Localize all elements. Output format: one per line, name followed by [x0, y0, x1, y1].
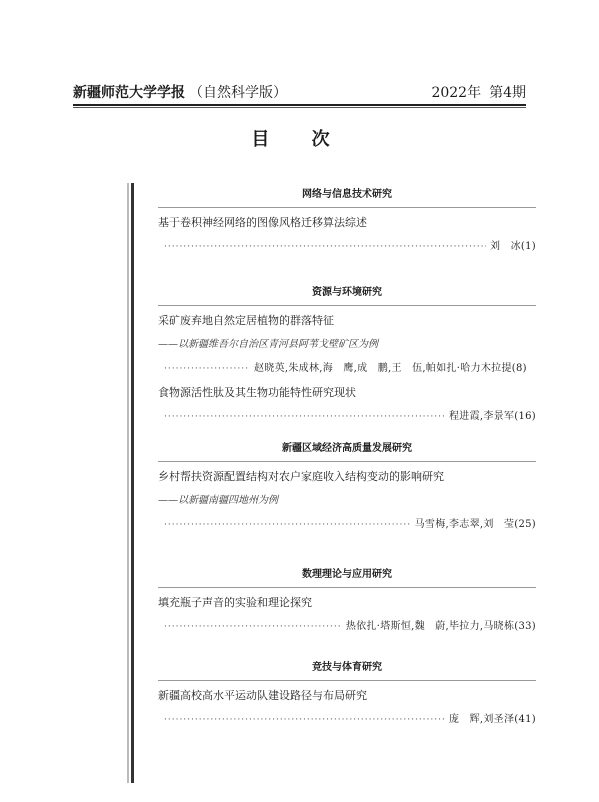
- section-heading: 新疆区域经济高质量发展研究: [158, 442, 536, 456]
- article-byline: ········································…: [158, 410, 536, 424]
- leader-dots: ········································…: [164, 240, 486, 254]
- article-byline: ········································…: [158, 713, 536, 727]
- toc-section: 竞技与体育研究 新疆高校高水平运动队建设路径与布局研究 ············…: [158, 661, 536, 727]
- section-heading: 数理理论与应用研究: [158, 568, 536, 582]
- running-header: 新疆师范大学学报（自然科学版） 2022年第4期: [73, 84, 526, 106]
- leader-dots: ········································…: [164, 713, 445, 727]
- journal-edition: （自然科学版）: [189, 85, 287, 101]
- leader-dots: ········································…: [164, 518, 411, 532]
- toc-section: 数理理论与应用研究 填充瓶子声音的实验和理论探究 ···············…: [158, 568, 536, 634]
- article-authors-page: 刘 冰(1): [490, 240, 536, 254]
- article-title[interactable]: 新疆高校高水平运动队建设路径与布局研究: [158, 689, 536, 703]
- leader-dots: ········································…: [164, 620, 342, 634]
- article-title[interactable]: 食物源活性肽及其生物功能特性研究现状: [158, 386, 536, 400]
- article-authors-page: 程进霞,李景军(16): [449, 410, 536, 424]
- journal-name: 新疆师范大学学报: [73, 85, 185, 101]
- article-byline: ········································…: [158, 518, 536, 532]
- toc-section: 网络与信息技术研究 基于卷积神经网络的图像风格迁移算法综述 ··········…: [158, 188, 536, 254]
- toc-section: 资源与环境研究 采矿废弃地自然定居植物的群落特征 ——以新疆维吾尔自治区青河县阿…: [158, 286, 536, 424]
- leader-dots: ········································…: [164, 410, 445, 424]
- section-divider: [158, 207, 536, 208]
- article-title[interactable]: 采矿废弃地自然定居植物的群落特征: [158, 314, 536, 328]
- article-subtitle: ——以新疆维吾尔自治区青河县阿苇戈壁矿区为例: [158, 338, 536, 352]
- issue-year: 2022年: [431, 85, 481, 101]
- header-divider: [73, 104, 526, 108]
- section-divider: [158, 587, 536, 588]
- section-heading: 网络与信息技术研究: [158, 188, 536, 202]
- article-authors-page: 庞 辉,刘圣泽(41): [449, 713, 536, 727]
- issue-number: 第4期: [489, 85, 526, 101]
- article-subtitle: ——以新疆南疆四地州为例: [158, 494, 536, 508]
- article-title[interactable]: 基于卷积神经网络的图像风格迁移算法综述: [158, 216, 536, 230]
- article-title[interactable]: 乡村帮扶资源配置结构对农户家庭收入结构变动的影响研究: [158, 470, 536, 484]
- decorative-side-rule-light: [127, 183, 129, 783]
- article-byline: ········································…: [158, 240, 536, 254]
- article-byline: ········································…: [158, 362, 536, 376]
- page-title: 目 次: [0, 125, 599, 151]
- article-authors-page: 马雪梅,李志翠,刘 莹(25): [415, 518, 536, 532]
- issue-info: 2022年第4期: [431, 84, 526, 102]
- decorative-side-rule-dark: [131, 183, 134, 783]
- article-byline: ········································…: [158, 620, 536, 634]
- article-title[interactable]: 填充瓶子声音的实验和理论探究: [158, 596, 536, 610]
- section-divider: [158, 305, 536, 306]
- article-authors-page: 热依扎·塔斯恒,魏 蔚,毕拉力,马晓栋(33): [346, 620, 536, 634]
- section-heading: 资源与环境研究: [158, 286, 536, 300]
- toc-section: 新疆区域经济高质量发展研究 乡村帮扶资源配置结构对农户家庭收入结构变动的影响研究…: [158, 442, 536, 532]
- section-divider: [158, 461, 536, 462]
- section-heading: 竞技与体育研究: [158, 661, 536, 675]
- section-divider: [158, 680, 536, 681]
- article-authors-page: 赵晓英,朱成林,海 鹰,成 鹏,王 伍,帕如扎·哈力木拉提(8): [254, 362, 527, 376]
- journal-title: 新疆师范大学学报（自然科学版）: [73, 84, 287, 102]
- leader-dots: ········································…: [164, 362, 250, 376]
